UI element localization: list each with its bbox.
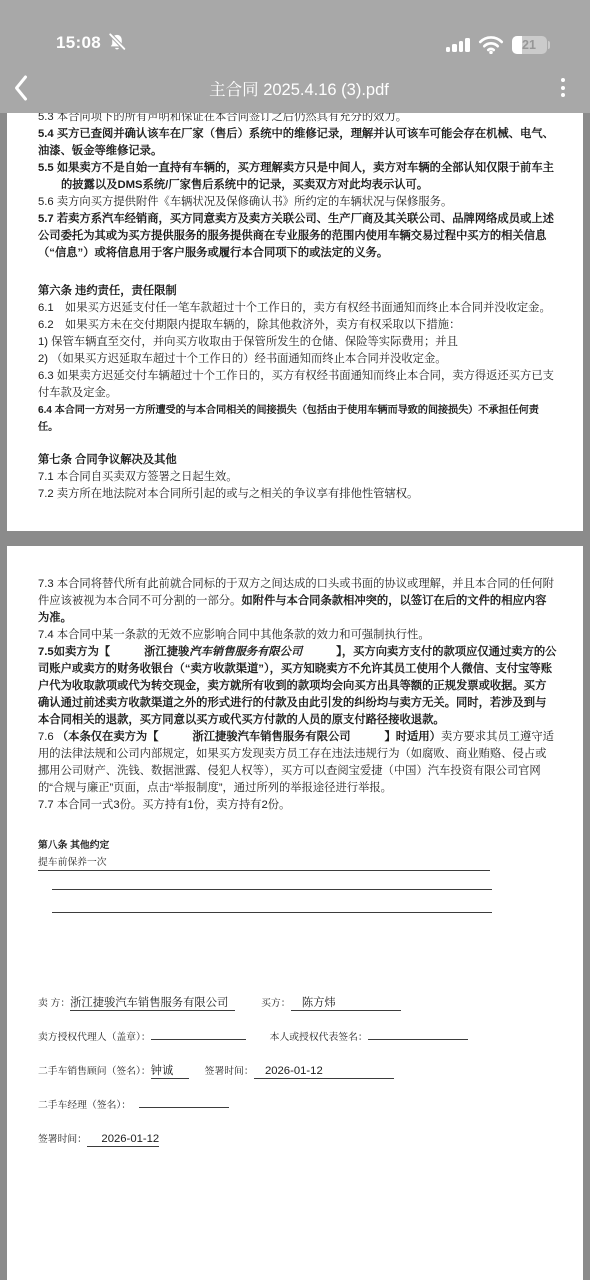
underlined-field: 2026-01-12 (254, 1064, 394, 1079)
wifi-icon (478, 35, 504, 54)
text-run: 7.7 本合同一式3份。买方持有1份，卖方持有2份。 (38, 799, 290, 811)
text-run: 7.2 卖方所在地法院对本合同所引起的或与之相关的争议享有排他性管辖权。 (38, 488, 418, 500)
text-run: 第六条 违约责任，责任限制 (38, 285, 177, 297)
agent-signature-row: 卖方授权代理人（盖章）：本人或授权代表签名： (38, 1029, 557, 1046)
document-line: 7.6 （本条仅在卖方为【 浙江捷骏汽车销售服务有限公司 】时适用）卖方要求其员… (38, 729, 557, 797)
status-time: 15:08 (56, 33, 101, 53)
document-line: 7.3 本合同将替代所有此前就合同标的于双方之间达成的口头或书面的协议或理解，并… (38, 576, 557, 627)
underlined-field: 浙江捷骏汽车销售服务有限公司 (70, 996, 235, 1011)
text-run: 浙江捷骏 (144, 646, 189, 658)
document-line: 1) 保管车辆直至交付，并向买方收取由于保管所发生的仓储、保险等实际费用；并且 (38, 334, 557, 351)
text-run: 5.6 卖方向买方提供附件《车辆状况及保修确认书》所约定的车辆状况与保修服务。 (38, 196, 452, 208)
text-run: 二手车销售顾问（签名）： (38, 1066, 151, 1077)
text-run: 卖方授权代理人（盖章）： (38, 1032, 151, 1043)
page-1: 5.3 本合同项下的所有声明和保证在本合同签订之后仍然具有充分的效力。5.4 买… (7, 103, 583, 531)
text-run: 汽车销售服务有限公司 (189, 646, 302, 658)
underlined-field (139, 1107, 229, 1108)
document-line: 第七条 合同争议解决及其他 (38, 452, 557, 469)
text-run: 7.5如卖方为【 (38, 646, 144, 658)
underlined-field: 提车前保养一次 (38, 856, 490, 871)
underlined-field: 陈方炜 (291, 996, 401, 1011)
blank-line (38, 902, 557, 919)
text-run: （本条仅在卖方为【 浙江捷骏汽车销售服务有限公司 】时适用） (57, 731, 441, 743)
manager-signature-row: 二手车经理（签名）： (38, 1097, 557, 1114)
battery-cap (548, 41, 551, 49)
text-run: 签署时间： (38, 1134, 87, 1145)
seller-buyer-row: 卖 方：浙江捷骏汽车销售服务有限公司买方： 陈方炜 (38, 995, 557, 1012)
viewer-header: 15:08 21 (0, 0, 590, 113)
text-run: 二手车经理（签名）： (38, 1100, 131, 1111)
document-line: 6.1 如果买方迟延支付任一笔车款超过十个工作日的，卖方有权经书面通知而终止本合… (38, 300, 557, 317)
document-line: 第八条 其他约定 (38, 837, 557, 854)
blank-line (38, 879, 557, 896)
battery-icon: 21 (512, 36, 551, 54)
text-run: 5.4 买方已查阅并确认该车在厂家（售后）系统中的维修记录，理解并认可该车可能会… (38, 128, 554, 157)
text-run: 买方： (261, 998, 290, 1009)
consultant-signature-row: 二手车销售顾问（签名）：钟诚签署时间： 2026-01-12 (38, 1063, 557, 1080)
document-line: 6.3 如果卖方迟延交付车辆超过十个工作日的，买方有权经书面通知而终止本合同，卖… (38, 368, 557, 402)
underlined-field: 钟诚 (151, 1064, 189, 1079)
status-left: 15:08 (56, 32, 128, 54)
document-line: 6.2 如果买方未在交付期限内提取车辆的，除其他救济外，卖方有权采取以下措施： (38, 317, 557, 334)
other-terms-filled-line: 提车前保养一次 (38, 854, 557, 871)
cellular-signal-icon (446, 38, 470, 52)
text-run: 5.5 如果卖方不是自始一直持有车辆的，买方理解卖方只是中间人，卖方对车辆的全部… (38, 162, 554, 191)
document-line: 5.5 如果卖方不是自始一直持有车辆的，买方理解卖方只是中间人，卖方对车辆的全部… (38, 160, 557, 194)
underlined-field (368, 1039, 468, 1040)
text-run: 第八条 其他约定 (38, 840, 109, 851)
nav-bar: 主合同 2025.4.16 (3).pdf (0, 62, 590, 113)
text-run: 7.6 (38, 731, 57, 743)
more-vertical-icon (561, 78, 565, 97)
document-line: 7.7 本合同一式3份。买方持有1份，卖方持有2份。 (38, 797, 557, 814)
document-line: 5.6 卖方向买方提供附件《车辆状况及保修确认书》所约定的车辆状况与保修服务。 (38, 194, 557, 211)
document-line: 7.5如卖方为【 浙江捷骏汽车销售服务有限公司 】，买方向卖方支付的款项应仅通过… (38, 644, 557, 729)
text-run: 6.3 如果卖方迟延交付车辆超过十个工作日的，买方有权经书面通知而终止本合同，卖… (38, 370, 554, 399)
text-run: 7.4 本合同中某一条款的无效不应影响合同中其他条款的效力和可强制执行性。 (38, 629, 430, 641)
underlined-field (52, 912, 492, 913)
battery-percent: 21 (512, 36, 547, 54)
sign-date-row: 签署时间： 2026-01-12 (38, 1131, 557, 1148)
pdf-scroll-area[interactable]: 5.3 本合同项下的所有声明和保证在本合同签订之后仍然具有充分的效力。5.4 买… (0, 0, 590, 1280)
text-run: 1) 保管车辆直至交付，并向买方收取由于保管所发生的仓储、保险等实际费用；并且 (38, 336, 458, 348)
text-run: 2) （如果买方迟延取车超过十个工作日的）经书面通知而终止本合同并没收定金。 (38, 353, 447, 365)
status-bar: 15:08 21 (0, 0, 590, 62)
text-run: 】，买方向卖方支付的款项应仅通过卖方的公司账户或卖方的财务收银台（“卖方收款渠道… (38, 646, 556, 726)
back-button[interactable] (14, 68, 48, 108)
text-run: 7.1 本合同自买卖双方签署之日起生效。 (38, 471, 238, 483)
underlined-field: 2026-01-12 (87, 1132, 159, 1147)
document-line: 6.4 本合同一方对另一方所遭受的与本合同相关的间接损失（包括由于使用车辆而导致… (38, 402, 557, 436)
text-run: 第七条 合同争议解决及其他 (38, 454, 177, 466)
page-2: 7.3 本合同将替代所有此前就合同标的于双方之间达成的口头或书面的协议或理解，并… (7, 546, 583, 1280)
text-run: 6.1 如果买方迟延支付任一笔车款超过十个工作日的，卖方有权经书面通知而终止本合… (38, 302, 551, 314)
document-line: 7.1 本合同自买卖双方签署之日起生效。 (38, 469, 557, 486)
document-line: 7.2 卖方所在地法院对本合同所引起的或与之相关的争议享有排他性管辖权。 (38, 486, 557, 503)
text-run: 本人或授权代表签名： (270, 1032, 368, 1043)
document-line: 5.4 买方已查阅并确认该车在厂家（售后）系统中的维修记录，理解并认可该车可能会… (38, 126, 557, 160)
text-run: 6.4 本合同一方对另一方所遭受的与本合同相关的间接损失（包括由于使用车辆而导致… (38, 405, 539, 433)
document-line: 5.7 若卖方系汽车经销商，买方同意卖方及卖方关联公司、生产厂商及其关联公司、品… (38, 211, 557, 262)
text-run: 6.2 如果买方未在交付期限内提取车辆的，除其他救济外，卖方有权采取以下措施： (38, 319, 460, 331)
notifications-muted-icon (106, 32, 128, 54)
status-right: 21 (446, 35, 551, 54)
document-title: 主合同 2025.4.16 (3).pdf (48, 76, 550, 100)
more-options-button[interactable] (550, 68, 576, 108)
document-line: 第六条 违约责任，责任限制 (38, 283, 557, 300)
document-line: 7.4 本合同中某一条款的无效不应影响合同中其他条款的效力和可强制执行性。 (38, 627, 557, 644)
text-run: 签署时间： (205, 1066, 254, 1077)
back-chevron-icon (14, 74, 28, 102)
underlined-field (151, 1039, 246, 1040)
underlined-field (52, 889, 492, 890)
text-run: 5.7 若卖方系汽车经销商，买方同意卖方及卖方关联公司、生产厂商及其关联公司、品… (38, 213, 554, 259)
text-run: 卖 方： (38, 998, 70, 1009)
document-line: 2) （如果买方迟延取车超过十个工作日的）经书面通知而终止本合同并没收定金。 (38, 351, 557, 368)
